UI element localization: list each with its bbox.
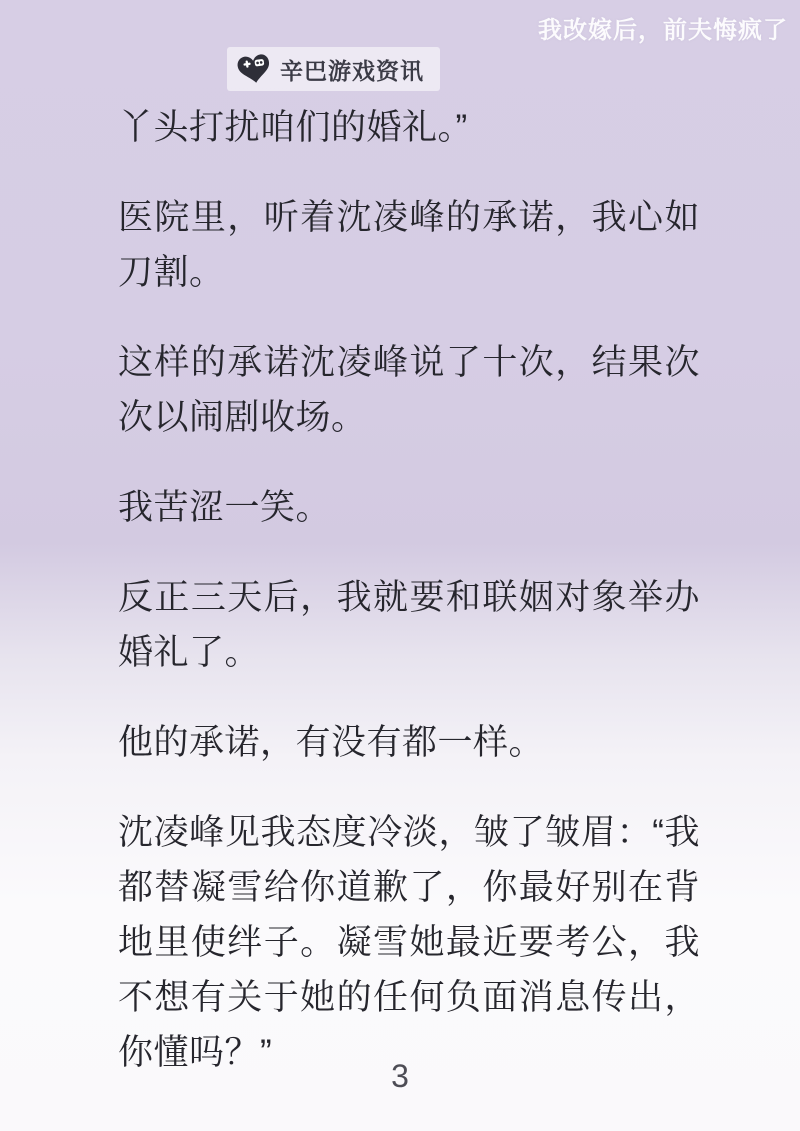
heart-gamepad-icon [237,54,271,84]
brand-badge: 辛巴游戏资讯 [227,47,440,91]
paragraph: 他的承诺，有没有都一样。 [118,715,700,770]
paragraph: 医院里，听着沈凌峰的承诺，我心如刀割。 [118,190,700,300]
paragraph: 反正三天后，我就要和联姻对象举办婚礼了。 [118,570,700,680]
watermark-title: 我改嫁后，前夫悔疯了 [538,10,788,45]
paragraph: 沈凌峰见我态度冷淡，皱了皱眉：“我都替凝雪给你道歉了，你最好别在背地里使绊子。凝… [118,805,700,1080]
page-number: 3 [0,1058,800,1095]
novel-page: 我改嫁后，前夫悔疯了 辛巴游戏资讯 丫头打扰咱们的婚礼。” 医院里，听着沈凌峰的… [0,0,800,1131]
paragraph: 丫头打扰咱们的婚礼。” [118,100,700,155]
paragraph: 我苦涩一笑。 [118,480,700,535]
brand-name: 辛巴游戏资讯 [280,53,424,86]
paragraph: 这样的承诺沈凌峰说了十次，结果次次以闹剧收场。 [118,335,700,445]
story-text: 丫头打扰咱们的婚礼。” 医院里，听着沈凌峰的承诺，我心如刀割。 这样的承诺沈凌峰… [118,100,700,1080]
